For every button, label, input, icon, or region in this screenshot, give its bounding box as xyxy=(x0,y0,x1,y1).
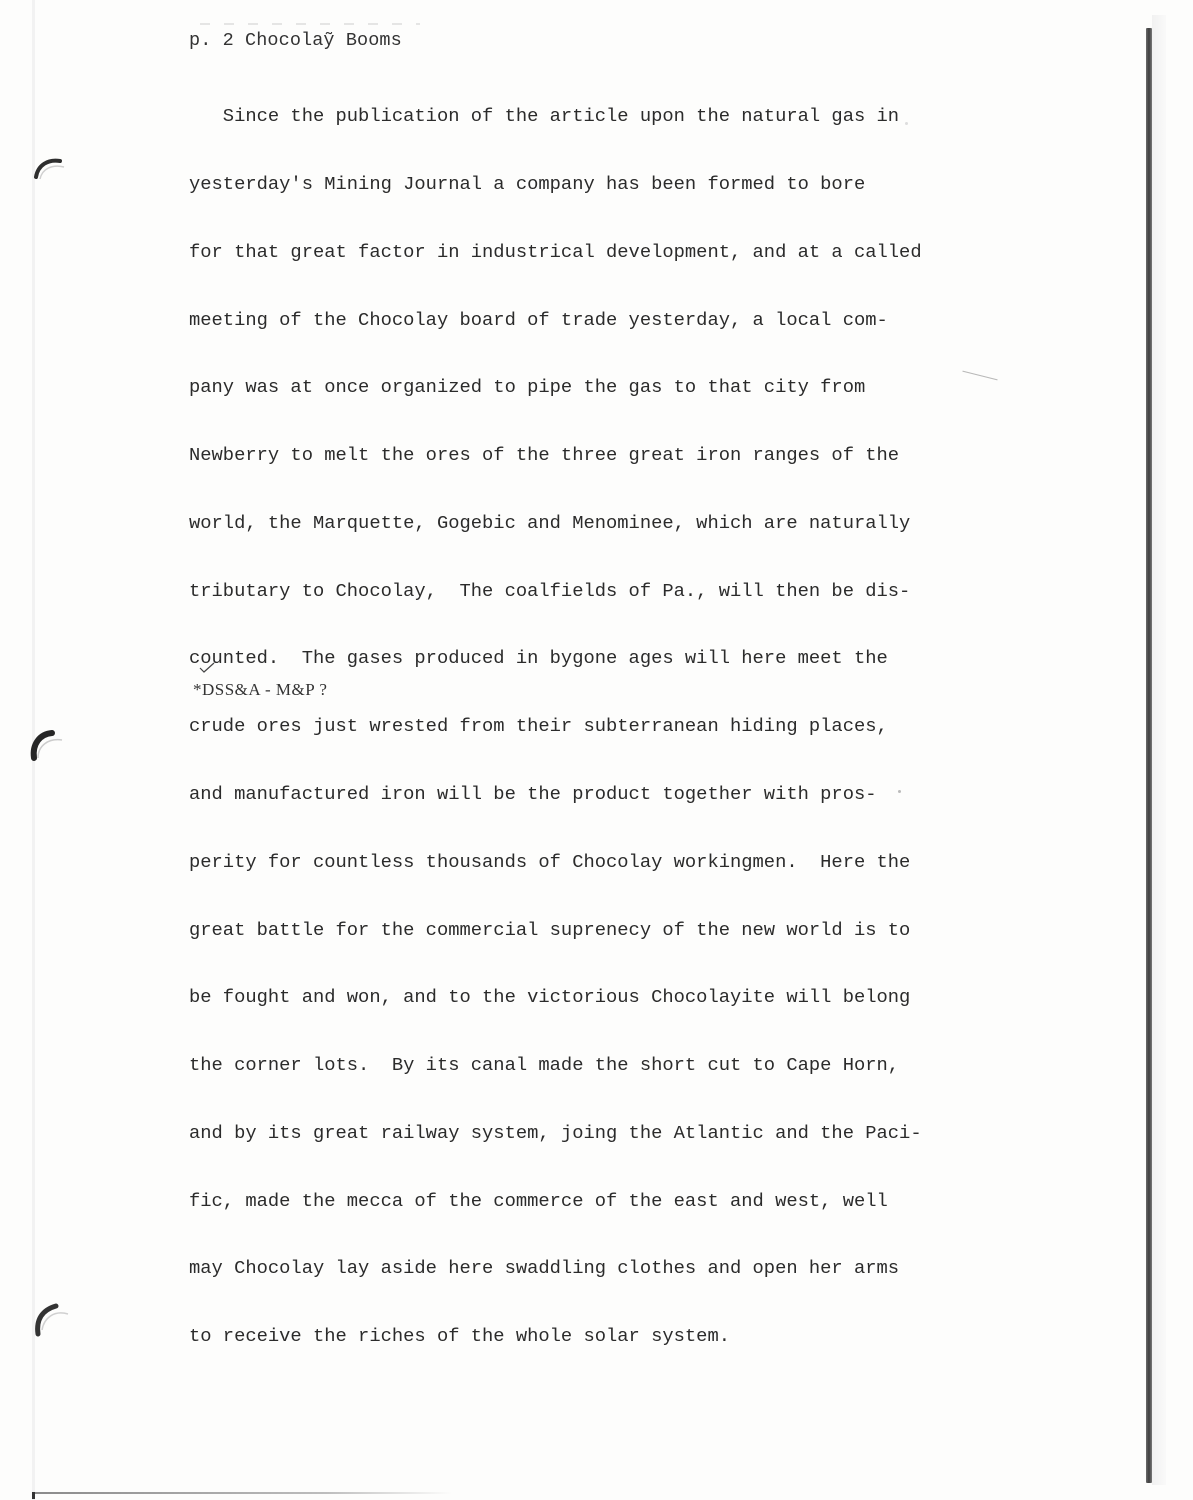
body-line: world, the Marquette, Gogebic and Menomi… xyxy=(189,512,922,535)
body-line: crude ores just wrested from their subte… xyxy=(189,715,922,738)
body-line: tributary to Chocolay, The coalfields of… xyxy=(189,580,922,603)
article-body: Since the publication of the article upo… xyxy=(189,60,922,1393)
page-title: p. 2 Chocolaỹ Booms xyxy=(189,30,402,52)
body-line: Since the publication of the article upo… xyxy=(189,105,922,128)
right-page-shadow xyxy=(1152,15,1166,1485)
body-line: pany was at once organized to pipe the g… xyxy=(189,376,922,399)
body-line: fic, made the mecca of the commerce of t… xyxy=(189,1190,922,1213)
paper-speck xyxy=(898,790,901,793)
body-line: to receive the riches of the whole solar… xyxy=(189,1325,922,1348)
body-line: Newberry to melt the ores of the three g… xyxy=(189,444,922,467)
body-line: for that great factor in industrical dev… xyxy=(189,241,922,264)
checkmark-icon xyxy=(199,662,215,674)
scanned-page: p. 2 Chocolaỹ Booms Since the publicatio… xyxy=(0,0,1193,1500)
right-page-edge-line xyxy=(1146,28,1152,1483)
body-line: the corner lots. By its canal made the s… xyxy=(189,1054,922,1077)
stray-pencil-mark xyxy=(962,371,997,381)
body-line: and by its great railway system, joing t… xyxy=(189,1122,922,1145)
bottom-page-edge-line xyxy=(32,1492,452,1494)
body-line: meeting of the Chocolay board of trade y… xyxy=(189,309,922,332)
body-line: yesterday's Mining Journal a company has… xyxy=(189,173,922,196)
body-line: and manufactured iron will be the produc… xyxy=(189,783,922,806)
body-line: perity for countless thousands of Chocol… xyxy=(189,851,922,874)
body-line: be fought and won, and to the victorious… xyxy=(189,986,922,1009)
faint-overmark xyxy=(200,23,420,25)
body-line: great battle for the commercial suprenec… xyxy=(189,919,922,942)
hole-punch-mark-top xyxy=(30,155,74,199)
hole-punch-mark-middle xyxy=(28,728,72,772)
hole-punch-mark-bottom xyxy=(32,1300,76,1344)
corner-mark xyxy=(32,1492,35,1499)
body-line: may Chocolay lay aside here swaddling cl… xyxy=(189,1257,922,1280)
paper-speck xyxy=(905,122,908,125)
footnote-annotation: *DSS&A - M&P ? xyxy=(193,680,327,700)
body-line: counted. The gases produced in bygone ag… xyxy=(189,647,922,670)
